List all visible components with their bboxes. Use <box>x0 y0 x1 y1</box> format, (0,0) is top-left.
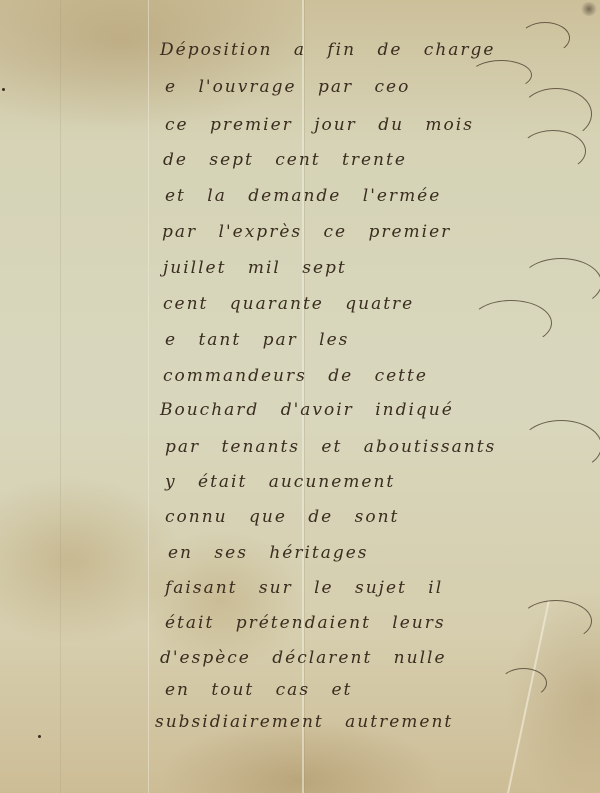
manuscript-line: e l'ouvrage par ceo <box>165 77 410 97</box>
paper-fold-line <box>60 0 61 793</box>
manuscript-line: juillet mil sept <box>163 258 347 278</box>
flourish <box>520 22 570 54</box>
manuscript-line: de sept cent trente <box>163 150 407 170</box>
flourish <box>470 60 532 90</box>
manuscript-line: cent quarante quatre <box>163 294 414 314</box>
manuscript-line: par l'exprès ce premier <box>162 222 451 242</box>
flourish <box>520 600 592 642</box>
manuscript-line: ce premier jour du mois <box>165 115 474 135</box>
ink-stain <box>580 2 598 16</box>
manuscript-line: faisant sur le sujet il <box>165 578 443 598</box>
manuscript-line: Déposition a fin de charge <box>160 40 495 60</box>
manuscript-line: Bouchard d'avoir indiqué <box>160 400 454 420</box>
flourish <box>520 420 600 472</box>
manuscript-line: commandeurs de cette <box>163 366 428 386</box>
manuscript-line: en tout cas et <box>165 680 352 700</box>
manuscript-line: connu que de sont <box>165 507 399 527</box>
manuscript-line: et la demande l'ermée <box>165 186 441 206</box>
manuscript-line: y était aucunement <box>165 472 395 492</box>
manuscript-line: e tant par les <box>165 330 349 350</box>
flourish <box>470 300 552 346</box>
manuscript-page: Déposition a fin de charge e l'ouvrage p… <box>0 0 600 793</box>
paper-fold-line <box>148 0 149 793</box>
ink-speck <box>2 88 5 91</box>
manuscript-line: était prétendaient leurs <box>165 613 446 633</box>
manuscript-line: en ses héritages <box>168 543 369 563</box>
flourish <box>520 258 600 308</box>
manuscript-line: subsidiairement autrement <box>155 712 453 732</box>
ink-speck <box>38 735 41 738</box>
manuscript-line: par tenants et aboutissants <box>165 437 496 457</box>
manuscript-line: d'espèce déclarent nulle <box>160 648 447 668</box>
flourish <box>500 668 547 698</box>
flourish <box>520 130 586 172</box>
